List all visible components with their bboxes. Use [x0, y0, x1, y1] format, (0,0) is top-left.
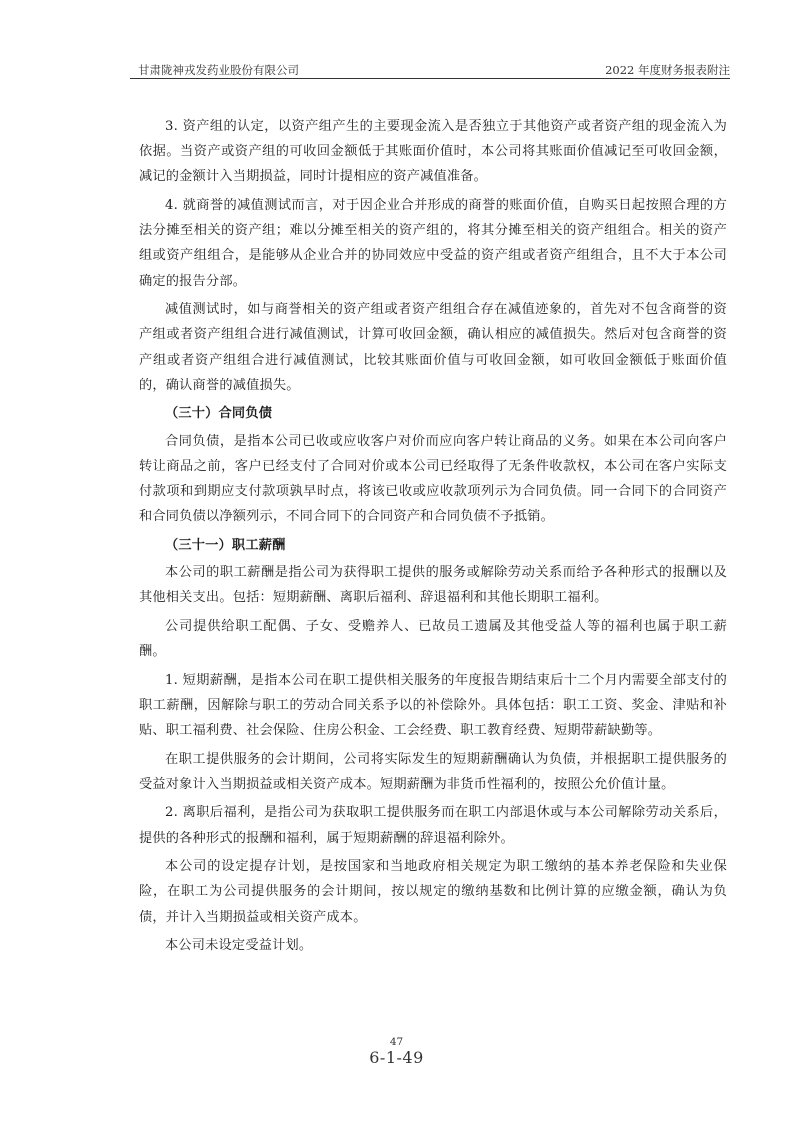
- page-body: 3. 资产组的认定，以资产组产生的主要现金流入是否独立于其他资产或者资产组的现金…: [139, 114, 727, 962]
- company-name: 甘肃陇神戎发药业股份有限公司: [138, 62, 299, 78]
- paragraph-short-term-recognition: 在职工提供服务的会计期间，公司将实际发生的短期薪酬确认为负债，并根据职工提供服务…: [139, 747, 727, 797]
- paragraph-goodwill-allocation: 4. 就商誉的减值测试而言，对于因企业合并形成的商誉的账面价值，自购买日起按照合…: [139, 193, 727, 294]
- header-divider: [130, 78, 730, 79]
- paragraph-defined-benefit: 本公司未设定受益计划。: [139, 933, 727, 958]
- section-heading-contract-liabilities: （三十）合同负债: [139, 401, 727, 426]
- paragraph-contract-liabilities: 合同负债，是指本公司已收或应收客户对价而应向客户转让商品的义务。如果在本公司向客…: [139, 429, 727, 530]
- paragraph-post-employment-benefits: 2. 离职后福利，是指公司为获取职工提供服务而在职工内部退休或与本公司解除劳动关…: [139, 800, 727, 850]
- paragraph-impairment-test: 减值测试时，如与商誉相关的资产组或者资产组组合存在减值迹象的，首先对不包含商誉的…: [139, 297, 727, 398]
- paragraph-defined-contribution: 本公司的设定提存计划，是按国家和当地政府相关规定为职工缴纳的基本养老保险和失业保…: [139, 854, 727, 930]
- paragraph-asset-group: 3. 资产组的认定，以资产组产生的主要现金流入是否独立于其他资产或者资产组的现金…: [139, 114, 727, 190]
- paragraph-compensation-definition: 本公司的职工薪酬是指公司为获得职工提供的服务或解除劳动关系而给予各种形式的报酬以…: [139, 560, 727, 610]
- paragraph-compensation-dependents: 公司提供给职工配偶、子女、受赡养人、已故员工遗属及其他受益人等的福利也属于职工薪…: [139, 614, 727, 664]
- page-number: 47: [0, 1036, 793, 1048]
- page-header: 甘肃陇神戎发药业股份有限公司 2022 年度财务报表附注: [138, 56, 730, 78]
- report-title: 2022 年度财务报表附注: [605, 62, 730, 78]
- paragraph-short-term-compensation: 1. 短期薪酬，是指本公司在职工提供相关服务的年度报告期结束后十二个月内需要全部…: [139, 668, 727, 744]
- page-code: 6-1-49: [0, 1048, 793, 1067]
- section-heading-employee-compensation: （三十一）职工薪酬: [139, 533, 727, 558]
